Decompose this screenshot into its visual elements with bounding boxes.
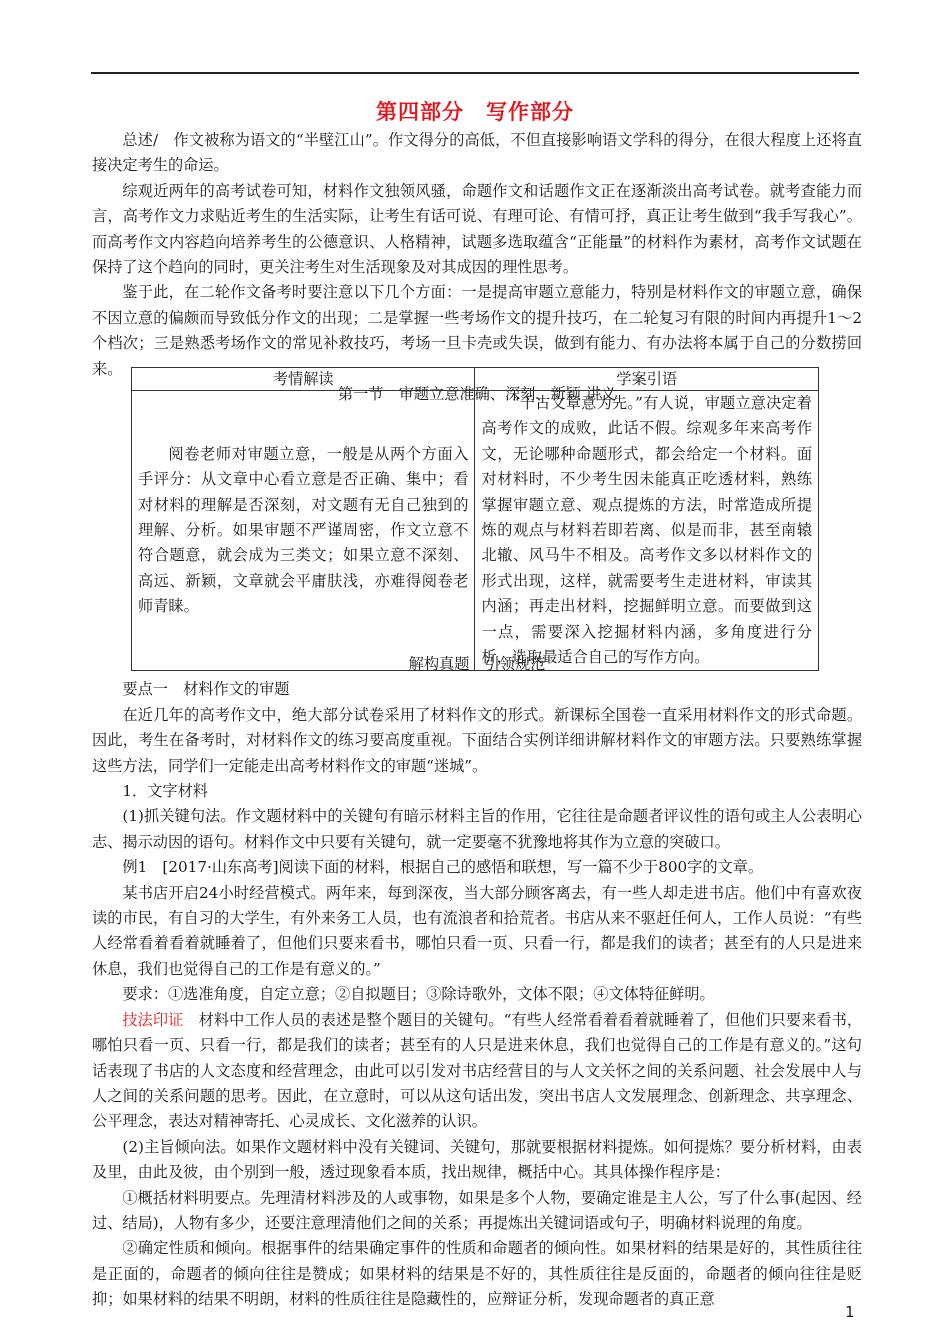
table-header-row: 考情解读 学案引语: [132, 368, 819, 391]
main-section: 解构真题 引领规范 要点一 材料作文的审题 在近几年的高考作文中，绝大部分试卷采…: [92, 652, 862, 1313]
table-cell-lead-in: “千古文章意为先。”有人说，审题立意决定着高考作文的成败，此话不假。综观多年来高…: [475, 391, 819, 671]
overview-label: 总述/: [122, 131, 158, 149]
intro-section: 总述/ 作文被称为语文的“半壁江山”。作文得分的高低，不但直接影响语文学科的得分…: [92, 128, 862, 407]
page-number: 1: [845, 1303, 854, 1321]
heading-text-material: 1．文字材料: [92, 779, 862, 804]
technique-paragraph: 技法印证 材料中工作人员的表述是整个题目的关键句。“有些人经常看着看着就睡着了，…: [92, 1008, 862, 1135]
technique-text: 材料中工作人员的表述是整个题目的关键句。“有些人经常看着看着就睡着了，但他们只要…: [92, 1011, 862, 1131]
table-row: 阅卷老师对审题立意，一般是从两个方面入手评分：从文章中心看立意是否正确、集中；看…: [132, 391, 819, 671]
step-determine: ②确定性质和倾向。根据事件的结果确定事件的性质和命题者的倾向性。如果材料的结果是…: [92, 1236, 862, 1312]
example-material: 某书店开启24小时经营模式。两年来，每到深夜，当大部分顾客离去，有一些人却走进书…: [92, 881, 862, 983]
example-requirements: 要求：①选准角度，自定立意；②自拟题目；③除诗歌外，文体不限；④文体特征鲜明。: [92, 982, 862, 1007]
page-title: 第四部分 写作部分: [0, 96, 950, 126]
info-table: 考情解读 学案引语 阅卷老师对审题立意，一般是从两个方面入手评分：从文章中心看立…: [131, 367, 819, 671]
overview-paragraph: 总述/ 作文被称为语文的“半壁江山”。作文得分的高低，不但直接影响语文学科的得分…: [92, 128, 862, 179]
example-prompt: 例1 [2017·山东高考]阅读下面的材料，根据自己的感悟和联想，写一篇不少于8…: [92, 855, 862, 880]
exam-analysis-text: 阅卷老师对审题立意，一般是从两个方面入手评分：从文章中心看立意是否正确、集中；看…: [138, 442, 468, 620]
table-header-cell: 考情解读: [132, 368, 475, 391]
method-key-sentence: (1)抓关键句法。作文题材料中的关键句有暗示材料主旨的作用，它往往是命题者评议性…: [92, 804, 862, 855]
point-title: 要点一 材料作文的审题: [92, 677, 862, 702]
lead-in-text: “千古文章意为先。”有人说，审题立意决定着高考作文的成败，此话不假。综观多年来高…: [481, 391, 812, 670]
subsection-title: 解构真题 引领规范: [92, 652, 862, 677]
point-intro: 在近几年的高考作文中，绝大部分试卷采用了材料作文的形式。新课标全国卷一直采用材料…: [92, 703, 862, 779]
step-summarize: ①概括材料明要点。先理清材料涉及的人或事物，如果是多个人物，要确定谁是主人公，写…: [92, 1186, 862, 1237]
overview-text: 作文被称为语文的“半壁江山”。作文得分的高低，不但直接影响语文学科的得分，在很大…: [92, 131, 862, 174]
header-rule: [91, 72, 859, 74]
intro-paragraph: 综观近两年的高考试卷可知，材料作文独领风骚，命题作文和话题作文正在逐渐淡出高考试…: [92, 179, 862, 281]
table-cell-exam-analysis: 阅卷老师对审题立意，一般是从两个方面入手评分：从文章中心看立意是否正确、集中；看…: [132, 391, 475, 671]
technique-label: 技法印证: [122, 1011, 183, 1029]
method-theme-tendency: (2)主旨倾向法。如果作文题材料中没有关键词、关键句，那就要根据材料提炼。如何提…: [92, 1135, 862, 1186]
table-header-cell: 学案引语: [475, 368, 819, 391]
